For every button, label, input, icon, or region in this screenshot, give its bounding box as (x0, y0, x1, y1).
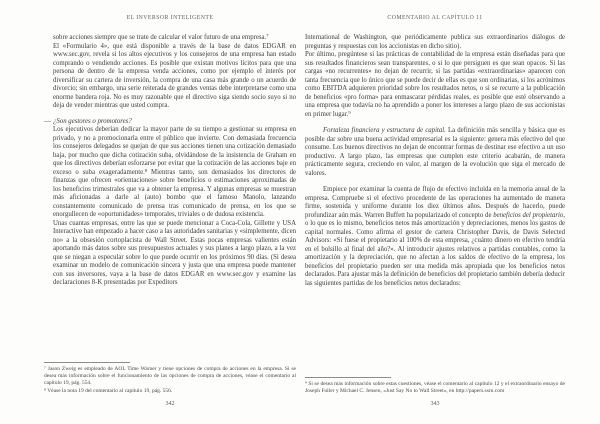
list-dash-marker: — (44, 118, 51, 127)
term-beneficios-propietario: beneficios del propietario (493, 212, 563, 219)
page-number-right: 343 (305, 401, 565, 407)
footnote-divider-left (44, 362, 130, 363)
book-page-right: COMENTARIO AL CAPÍTULO 11 International … (305, 15, 565, 407)
para-fortaleza-financiera: Fortaleza financiera y estructura de cap… (305, 127, 565, 178)
footnotes-right: ⁹ Si se desea más información sobre esta… (305, 377, 565, 396)
para-gestores-body: Los ejecutivos deberían dedicar la mayor… (53, 126, 296, 220)
para-valor-futuro: sobre acciones siempre que se trate de c… (53, 34, 296, 43)
footnote-8: ⁸ Véase la nota 19 del comentario al cap… (44, 388, 296, 395)
book-page-left: EL INVERSOR INTELIGENTE sobre acciones s… (44, 15, 296, 407)
left-page-text-block: sobre acciones siempre que se trate de c… (44, 34, 296, 288)
footnotes-left: ⁷ Jason Zweig es empleado de AOL Time Wa… (44, 362, 296, 396)
para-practicas-contabilidad: Por último, pregúntese si las prácticas … (305, 51, 565, 119)
running-header-right: COMENTARIO AL CAPÍTULO 11 (305, 15, 565, 21)
section-body-fortaleza: La definición más sencilla y básica que … (305, 127, 565, 177)
para-flujo-efectivo-part2: , o lo que es lo mismo, beneficios netos… (305, 212, 565, 287)
running-header-left: EL INVERSOR INTELIGENTE (44, 15, 296, 21)
right-page-text-block: International de Washington, que periódi… (305, 34, 565, 288)
footnote-divider-right (305, 377, 391, 378)
para-flujo-efectivo: Empiece por examinar la cuenta de flujo … (305, 186, 565, 288)
list-item-gestores-promotores: — ¿Son gestores o promotores? Los ejecut… (53, 118, 296, 288)
section-heading-fortaleza: Fortaleza financiera y estructura de cap… (323, 127, 446, 134)
para-cocacola: Unas cuantas empresas, entre las que se … (53, 220, 296, 288)
page-number-left: 342 (44, 401, 296, 407)
para-expeditors-washington: International de Washington, que periódi… (305, 34, 565, 51)
list-question-gestores: ¿Son gestores o promotores? (53, 118, 296, 127)
footnote-7: ⁷ Jason Zweig es empleado de AOL Time Wa… (44, 366, 296, 387)
para-formulario-4: El «Formulario 4», que está disponible a… (53, 43, 296, 111)
footnote-9: ⁹ Si se desea más información sobre esta… (305, 381, 565, 395)
